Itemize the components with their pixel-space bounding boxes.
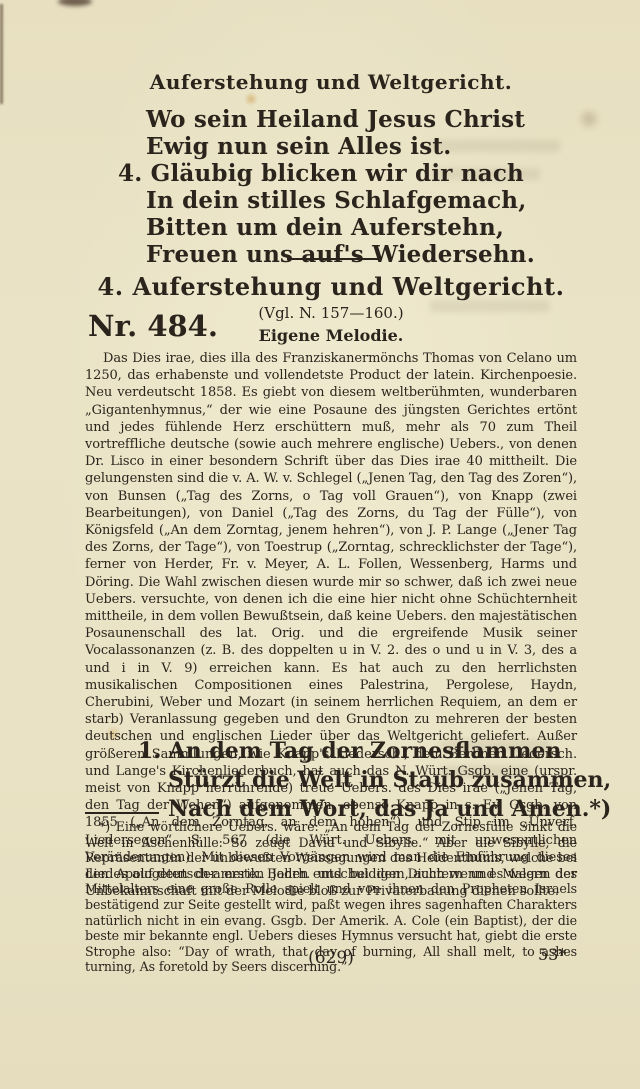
paper-stain — [244, 92, 258, 106]
running-head: Auferstehung und Weltgericht. — [85, 70, 577, 94]
verse-line: In dein stilles Schlafgemach, — [118, 187, 535, 214]
hymn-verse: 1. An dem Tag der Zornesflammen Stürzt d… — [138, 737, 611, 824]
page-edge-shadow — [0, 4, 3, 104]
verse-line: 4. Gläubig blicken wir dir nach — [118, 160, 535, 187]
verse-line: Stürzt die Welt in Staub zusammen, — [138, 766, 611, 795]
opening-verse: Wo sein Heiland Jesus Christ Ewig nun se… — [118, 106, 535, 268]
footnote-rule — [85, 812, 159, 814]
verse-line: Bitten um dein Auferstehn, — [118, 214, 535, 241]
page-number: (629) — [85, 948, 577, 968]
signature-mark: 53* — [538, 945, 566, 964]
verse-line: Wo sein Heiland Jesus Christ — [118, 106, 535, 133]
binding-smudge — [58, 0, 92, 6]
verse-line: Freuen uns auf's Wiedersehn. — [118, 241, 535, 268]
book-page-scan: Auferstehung und Weltgericht. Wo sein He… — [0, 0, 640, 1089]
paper-stain — [576, 108, 602, 130]
verse-line: Ewig nun sein Alles ist. — [118, 133, 535, 160]
melody-note: Eigene Melodie. — [85, 326, 577, 345]
section-heading: 4. Auferstehung und Weltgericht. — [85, 272, 577, 301]
verse-line: 1. An dem Tag der Zornesflammen — [138, 737, 611, 766]
section-divider-rule — [287, 258, 379, 260]
